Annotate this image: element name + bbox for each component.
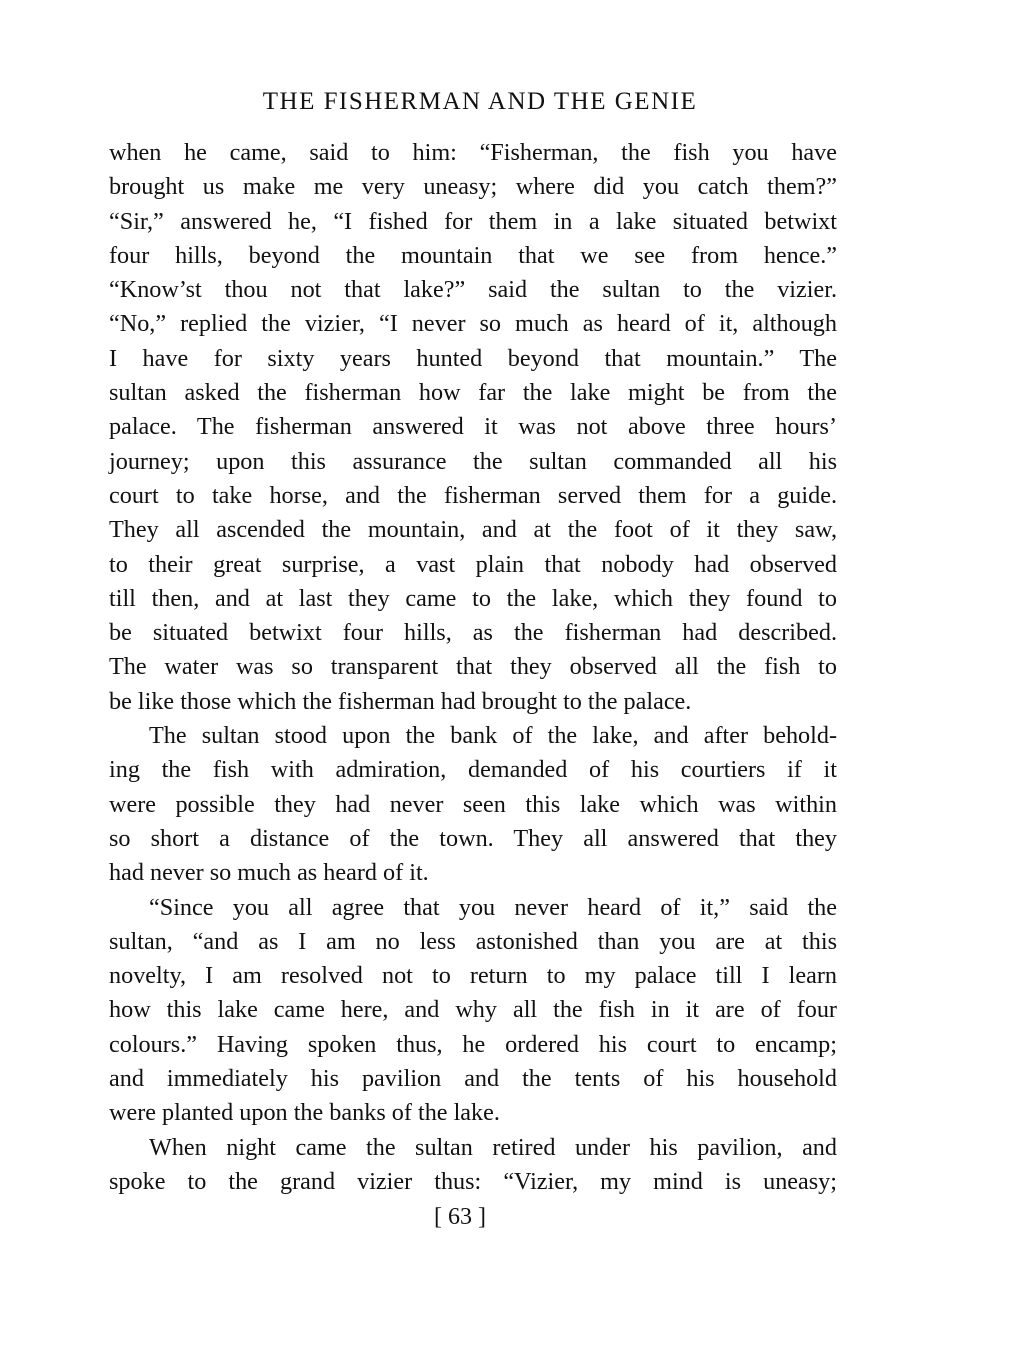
paragraph: “Since you all agree that you never hear… bbox=[109, 891, 837, 1131]
paragraph: The sultan stood upon the bank of the la… bbox=[109, 719, 837, 890]
text-line: were possible they had never seen this l… bbox=[109, 788, 837, 822]
page-number: [ 63 ] bbox=[0, 1204, 920, 1231]
text-line: so short a distance of the town. They al… bbox=[109, 822, 837, 856]
text-line: When night came the sultan retired under… bbox=[109, 1131, 837, 1165]
text-line: how this lake came here, and why all the… bbox=[109, 993, 837, 1027]
body-text: when he came, said to him: “Fisherman, t… bbox=[109, 136, 837, 1199]
paragraph: when he came, said to him: “Fisherman, t… bbox=[109, 136, 837, 719]
text-line: “Sir,” answered he, “I fished for them i… bbox=[109, 205, 837, 239]
text-line: “No,” replied the vizier, “I never so mu… bbox=[109, 307, 837, 341]
text-line: “Since you all agree that you never hear… bbox=[109, 891, 837, 925]
text-line: till then, and at last they came to the … bbox=[109, 582, 837, 616]
text-line: spoke to the grand vizier thus: “Vizier,… bbox=[109, 1165, 837, 1199]
text-line: palace. The fisherman answered it was no… bbox=[109, 410, 837, 444]
text-line: sultan asked the fisherman how far the l… bbox=[109, 376, 837, 410]
text-line: were planted upon the banks of the lake. bbox=[109, 1096, 837, 1130]
text-line: The sultan stood upon the bank of the la… bbox=[109, 719, 837, 753]
text-line: to their great surprise, a vast plain th… bbox=[109, 548, 837, 582]
text-line: novelty, I am resolved not to return to … bbox=[109, 959, 837, 993]
text-line: had never so much as heard of it. bbox=[109, 856, 837, 890]
text-line: be like those which the fisherman had br… bbox=[109, 685, 837, 719]
text-line: The water was so transparent that they o… bbox=[109, 650, 837, 684]
text-line: journey; upon this assurance the sultan … bbox=[109, 445, 837, 479]
text-line: when he came, said to him: “Fisherman, t… bbox=[109, 136, 837, 170]
text-line: and immediately his pavilion and the ten… bbox=[109, 1062, 837, 1096]
text-line: “Know’st thou not that lake?” said the s… bbox=[109, 273, 837, 307]
text-line: be situated betwixt four hills, as the f… bbox=[109, 616, 837, 650]
text-line: I have for sixty years hunted beyond tha… bbox=[109, 342, 837, 376]
text-line: four hills, beyond the mountain that we … bbox=[109, 239, 837, 273]
text-line: They all ascended the mountain, and at t… bbox=[109, 513, 837, 547]
paragraph: When night came the sultan retired under… bbox=[109, 1131, 837, 1200]
running-head: THE FISHERMAN AND THE GENIE bbox=[0, 88, 960, 116]
text-line: brought us make me very uneasy; where di… bbox=[109, 170, 837, 204]
text-line: court to take horse, and the fisherman s… bbox=[109, 479, 837, 513]
text-line: colours.” Having spoken thus, he ordered… bbox=[109, 1028, 837, 1062]
text-line: sultan, “and as I am no less astonished … bbox=[109, 925, 837, 959]
text-line: ing the fish with admiration, demanded o… bbox=[109, 753, 837, 787]
